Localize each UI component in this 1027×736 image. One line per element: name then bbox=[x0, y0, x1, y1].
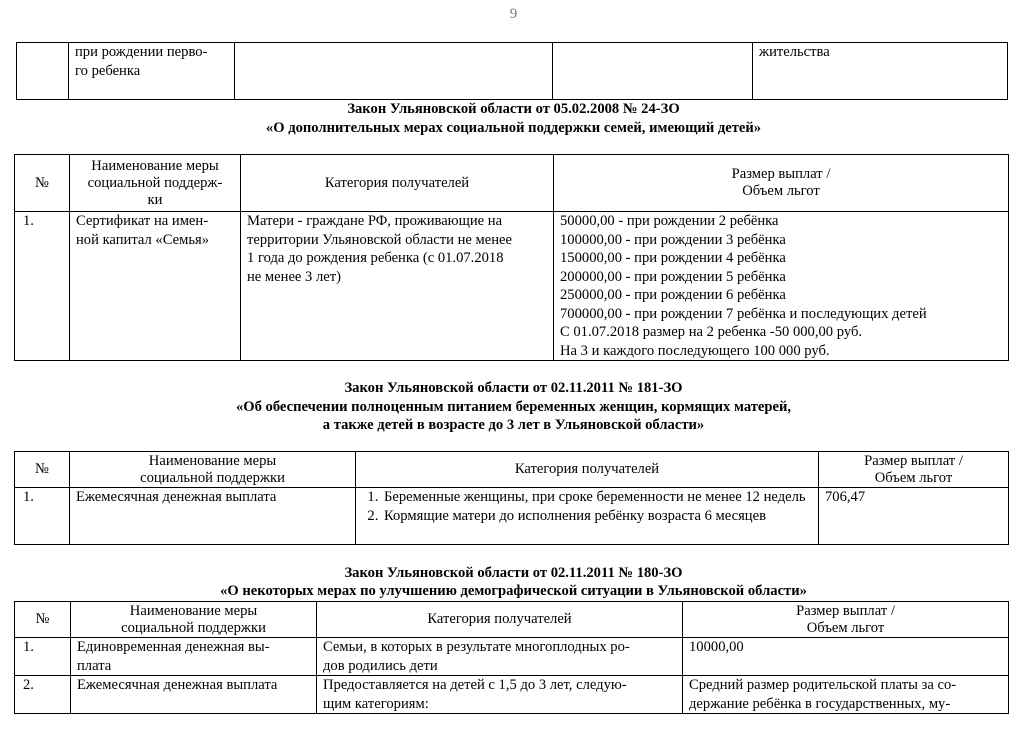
header-category: Категория получателей bbox=[241, 155, 554, 212]
page-number: 9 bbox=[0, 6, 1027, 23]
section1-table: № Наименование меры социальной поддерж- … bbox=[14, 154, 1009, 361]
header-category: Категория получателей bbox=[317, 602, 683, 638]
cell-category: Предоставляется на детей с 1,5 до 3 лет,… bbox=[317, 676, 683, 714]
cell-amount: 10000,00 bbox=[683, 638, 1009, 676]
header-amount: Размер выплат / Объем льгот bbox=[554, 155, 1009, 212]
section2-subtitle-line2: а также детей в возрасте до 3 лет в Улья… bbox=[0, 416, 1027, 434]
section1-subtitle: «О дополнительных мерах социальной подде… bbox=[0, 119, 1027, 137]
cell-amount: 50000,00 - при рождении 2 ребёнка 100000… bbox=[554, 212, 1009, 361]
header-measure-name: Наименование меры социальной поддержки bbox=[71, 602, 317, 638]
header-number: № bbox=[15, 155, 70, 212]
header-measure-name: Наименование меры социальной поддержки bbox=[70, 452, 356, 488]
section2-title: Закон Ульяновской области от 02.11.2011 … bbox=[0, 379, 1027, 397]
cell-amount: 706,47 bbox=[819, 488, 1009, 545]
header-category: Категория получателей bbox=[356, 452, 819, 488]
table-row: при рождении перво- го ребенка жительств… bbox=[17, 43, 1008, 100]
list-item: Кормящие матери до исполнения ребёнку во… bbox=[382, 507, 812, 526]
table-row: 1. Сертификат на имен- ной капитал «Семь… bbox=[15, 212, 1009, 361]
category-list: Беременные женщины, при сроке беременнос… bbox=[362, 488, 812, 525]
cell-category: Матери - граждане РФ, проживающие на тер… bbox=[241, 212, 554, 361]
cell-number: 2. bbox=[15, 676, 71, 714]
section3-title: Закон Ульяновской области от 02.11.2011 … bbox=[0, 564, 1027, 582]
section2-subtitle-line1: «Об обеспечении полноценным питанием бер… bbox=[0, 398, 1027, 416]
cell-measure-name: при рождении перво- го ребенка bbox=[69, 43, 235, 100]
section3-subtitle: «О некоторых мерах по улучшению демограф… bbox=[0, 582, 1027, 600]
cell-measure-name: Ежемесячная денежная выплата bbox=[71, 676, 317, 714]
cell-category: Беременные женщины, при сроке беременнос… bbox=[356, 488, 819, 545]
cell-empty bbox=[235, 43, 553, 100]
cell-measure-name: Сертификат на имен- ной капитал «Семья» bbox=[70, 212, 241, 361]
header-number: № bbox=[15, 602, 71, 638]
header-number: № bbox=[15, 452, 70, 488]
cell-measure-name: Единовременная денежная вы- плата bbox=[71, 638, 317, 676]
section2-table: № Наименование меры социальной поддержки… bbox=[14, 451, 1009, 545]
table-header-row: № Наименование меры социальной поддержки… bbox=[15, 602, 1009, 638]
cell-category: Семьи, в которых в результате многоплодн… bbox=[317, 638, 683, 676]
table-row: 1. Ежемесячная денежная выплата Беременн… bbox=[15, 488, 1009, 545]
section3-table: № Наименование меры социальной поддержки… bbox=[14, 601, 1009, 714]
table-header-row: № Наименование меры социальной поддержки… bbox=[15, 452, 1009, 488]
cell-measure-name: Ежемесячная денежная выплата bbox=[70, 488, 356, 545]
list-item: Беременные женщины, при сроке беременнос… bbox=[382, 488, 812, 507]
cell-empty bbox=[553, 43, 753, 100]
header-amount: Размер выплат / Объем льгот bbox=[819, 452, 1009, 488]
continuation-table: при рождении перво- го ребенка жительств… bbox=[16, 42, 1008, 100]
cell-amount: Средний размер родительской платы за со-… bbox=[683, 676, 1009, 714]
header-amount: Размер выплат / Объем льгот bbox=[683, 602, 1009, 638]
table-row: 1. Единовременная денежная вы- плата Сем… bbox=[15, 638, 1009, 676]
cell-number: 1. bbox=[15, 488, 70, 545]
table-header-row: № Наименование меры социальной поддерж- … bbox=[15, 155, 1009, 212]
table-row: 2. Ежемесячная денежная выплата Предоста… bbox=[15, 676, 1009, 714]
cell-residence: жительства bbox=[753, 43, 1008, 100]
section1-title: Закон Ульяновской области от 05.02.2008 … bbox=[0, 100, 1027, 118]
header-measure-name: Наименование меры социальной поддерж- ки bbox=[70, 155, 241, 212]
cell-number: 1. bbox=[15, 638, 71, 676]
cell-empty bbox=[17, 43, 69, 100]
cell-number: 1. bbox=[15, 212, 70, 361]
